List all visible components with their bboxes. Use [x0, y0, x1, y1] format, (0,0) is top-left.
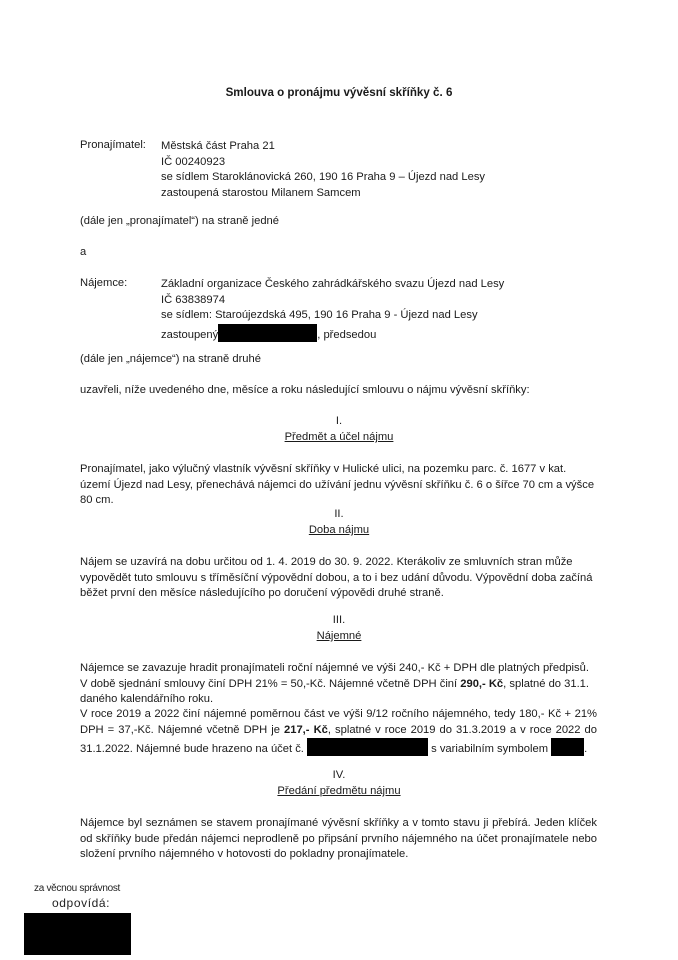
redacted-representative-name [218, 324, 317, 342]
landlord-label: Pronajímatel: [80, 139, 146, 151]
tenant-label: Nájemce: [80, 277, 127, 289]
section-2-number: II. [0, 508, 678, 520]
section-2-heading: Doba nájmu [309, 524, 369, 536]
section-4-text: Nájemce byl seznámen se stavem pronajíma… [80, 816, 597, 863]
section-4-number: IV. [0, 769, 678, 781]
tenant-ic: IČ 63838974 [161, 293, 504, 309]
redacted-variable-symbol [551, 738, 584, 756]
landlord-details: Městská část Praha 21 IČ 00240923 se síd… [161, 139, 485, 201]
stamp-line-2: odpovídá: [52, 896, 110, 910]
landlord-representative: zastoupená starostou Milanem Samcem [161, 186, 485, 202]
landlord-address: se sídlem Staroklánovická 260, 190 16 Pr… [161, 170, 485, 186]
section-3-paragraph-2: V roce 2019 a 2022 činí nájemné poměrnou… [80, 707, 597, 758]
tenant-address: se sídlem: Staroújezdská 495, 190 16 Pra… [161, 308, 504, 324]
landlord-ic: IČ 00240923 [161, 155, 485, 171]
section-1-number: I. [0, 415, 678, 427]
tenant-alias: (dále jen „nájemce“) na straně druhé [80, 353, 261, 365]
section-1-text: Pronajímatel, jako výlučný vlastník vývě… [80, 462, 597, 509]
tenant-details: Základní organizace Českého zahrádkářské… [161, 277, 504, 343]
redacted-signature [24, 913, 131, 955]
section-2-text: Nájem se uzavírá na dobu určitou od 1. 4… [80, 555, 597, 602]
stamp-line-1: za věcnou správnost [34, 883, 120, 894]
section-3-number: III. [0, 614, 678, 626]
contract-intro: uzavřeli, níže uvedeného dne, měsíce a r… [80, 384, 530, 396]
section-3-paragraph-1: Nájemce se zavazuje hradit pronajímateli… [80, 661, 597, 708]
landlord-name: Městská část Praha 21 [161, 139, 485, 155]
tenant-name: Základní organizace Českého zahrádkářské… [161, 277, 504, 293]
section-4-heading: Předání předmětu nájmu [277, 785, 400, 797]
landlord-alias: (dále jen „pronajímatel“) na straně jedn… [80, 215, 279, 227]
tenant-representative: zastoupený, předsedou [161, 324, 504, 344]
document-title: Smlouva o pronájmu vývěsní skříňky č. 6 [0, 86, 678, 99]
conjunction: a [80, 246, 86, 258]
section-3-heading: Nájemné [317, 630, 362, 642]
redacted-account-number [307, 738, 428, 756]
section-1-heading: Předmět a účel nájmu [285, 431, 394, 443]
